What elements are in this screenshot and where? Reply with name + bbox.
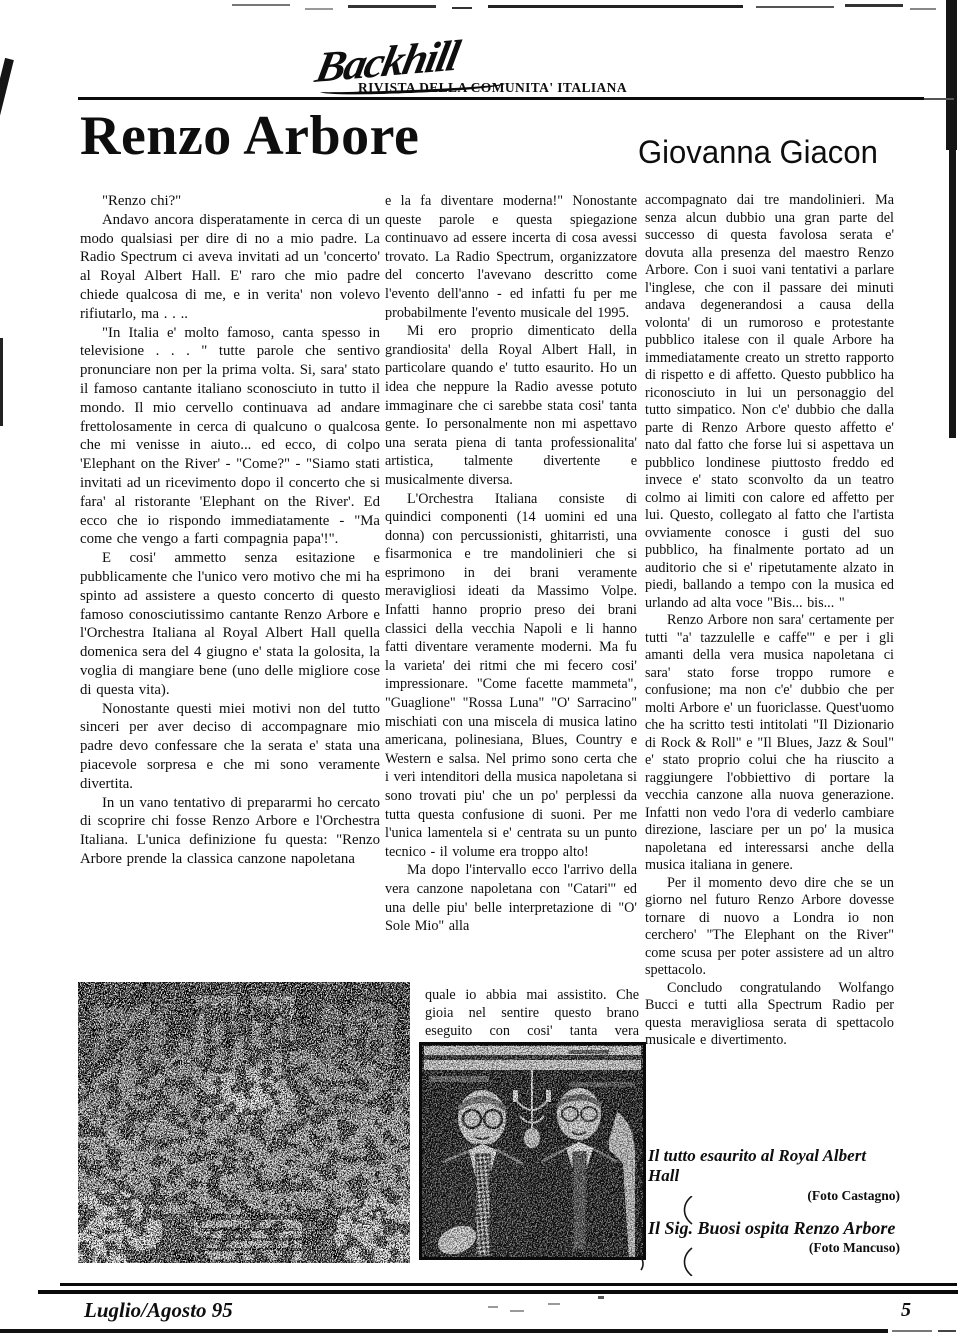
article-column-3: accompagnato dai tre mandolinieri. Ma se… bbox=[645, 192, 894, 1050]
magazine-tagline: RIVISTA DELLA COMUNITA' ITALIANA bbox=[358, 80, 627, 96]
scan-artifact bbox=[0, 338, 3, 426]
magazine-page: Backhill RIVISTA DELLA COMUNITA' ITALIAN… bbox=[0, 0, 960, 1338]
footer-rule-bottom bbox=[0, 1329, 888, 1333]
article-paragraph: Per il momento devo dire che se un giorn… bbox=[645, 875, 894, 980]
scan-smudge bbox=[488, 1306, 498, 1308]
scan-artifact bbox=[305, 8, 333, 10]
photo1-caption: Il tutto esaurito al Royal Albert Hall (… bbox=[648, 1146, 900, 1204]
header-rule-extension bbox=[924, 98, 954, 100]
article-paragraph: "Renzo chi?" bbox=[80, 192, 380, 211]
scan-artifact bbox=[348, 5, 436, 8]
scan-artifact bbox=[946, 0, 957, 150]
scan-artifact bbox=[452, 7, 472, 9]
scan-artifact bbox=[0, 58, 14, 124]
article-author: Giovanna Giacon bbox=[638, 134, 878, 171]
photo2-caption-credit: (Foto Mancuso) bbox=[648, 1240, 900, 1256]
scan-artifact bbox=[910, 8, 936, 10]
footer-rule-bottom-dash bbox=[938, 1330, 956, 1332]
footer-rule-top-2 bbox=[38, 1290, 958, 1294]
footer-issue: Luglio/Agosto 95 bbox=[84, 1298, 233, 1323]
article-paragraph: "In Italia e' molto famoso, canta spesso… bbox=[80, 324, 380, 550]
photo2-caption: Il Sig. Buosi ospita Renzo Arbore (Foto … bbox=[648, 1218, 900, 1256]
royal-albert-hall-photo bbox=[78, 982, 410, 1263]
article-paragraph: Ma dopo l'intervallo ecco l'arrivo della… bbox=[385, 861, 637, 935]
article-column-1: "Renzo chi?"Andavo ancora disperatamente… bbox=[80, 192, 380, 869]
article-paragraph: accompagnato dai tre mandolinieri. Ma se… bbox=[645, 192, 894, 612]
buosi-arbore-photo bbox=[419, 1042, 646, 1260]
footer-rule-top bbox=[60, 1283, 957, 1286]
scan-artifact bbox=[756, 6, 834, 8]
article-column-2: e la fa diventare moderna!" Nonostante q… bbox=[385, 192, 637, 936]
scan-smudge bbox=[598, 1296, 604, 1299]
scan-artifact bbox=[949, 150, 956, 438]
article-paragraph: E cosi' ammetto senza esitazione e pubbl… bbox=[80, 549, 380, 699]
footer-page-number: 5 bbox=[901, 1299, 911, 1322]
header-rule bbox=[78, 97, 924, 100]
footer-rule-bottom-gray bbox=[892, 1330, 932, 1332]
article-paragraph: Renzo Arbore non sara' certamente per tu… bbox=[645, 612, 894, 875]
article-paragraph: Nonostante questi miei motivi non del tu… bbox=[80, 700, 380, 794]
scan-smudge bbox=[548, 1303, 560, 1305]
scan-artifact bbox=[845, 4, 903, 7]
scan-artifact bbox=[232, 4, 290, 6]
scan-artifact bbox=[488, 5, 743, 8]
article-paragraph: Andavo ancora disperatamente in cerca di… bbox=[80, 211, 380, 324]
article-paragraph: e la fa diventare moderna!" Nonostante q… bbox=[385, 192, 637, 322]
article-paragraph: Concludo congratulando Wolfango Bucci e … bbox=[645, 980, 894, 1050]
article-paragraph: Mi ero proprio dimenticato della grandio… bbox=[385, 322, 637, 489]
article-paragraph: In un vano tentativo di prepararmi ho ce… bbox=[80, 794, 380, 869]
article-paragraph: L'Orchestra Italiana consiste di quindic… bbox=[385, 490, 637, 862]
scan-smudge bbox=[510, 1310, 524, 1312]
photo1-caption-credit: (Foto Castagno) bbox=[648, 1188, 900, 1204]
photo2-caption-text: Il Sig. Buosi ospita Renzo Arbore bbox=[648, 1218, 900, 1238]
photo1-caption-text: Il tutto esaurito al Royal Albert Hall bbox=[648, 1146, 900, 1186]
article-title: Renzo Arbore bbox=[80, 104, 419, 168]
